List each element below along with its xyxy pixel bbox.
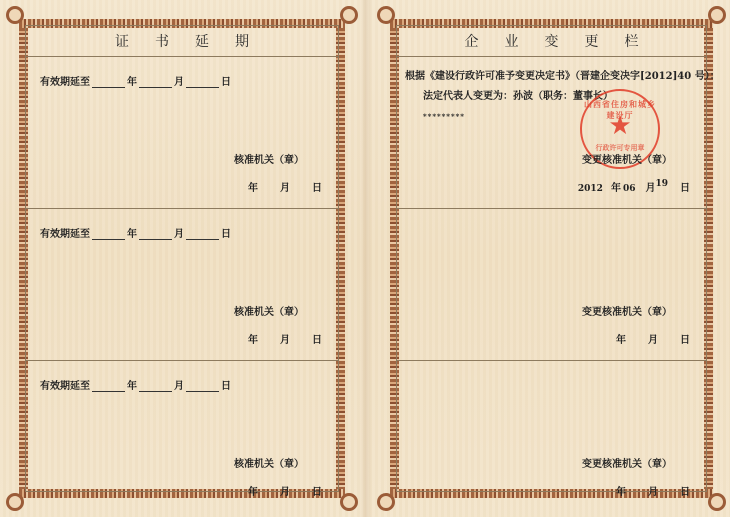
renewal-header: 证书延期 (26, 26, 338, 57)
day-blank (186, 76, 219, 88)
year-unit: 年 (127, 225, 137, 240)
year-blank (92, 76, 125, 88)
change-entry: 变更核准机关（章） 年 月 日 (397, 361, 706, 512)
seal-issuer-text: 山西省住房和城乡建设厅 (582, 99, 658, 121)
date-day-unit: 日 (680, 331, 690, 346)
date-month-unit: 月 (648, 483, 658, 498)
date-year-unit: 年 (248, 331, 258, 346)
corner-ornament-icon (340, 6, 358, 24)
date-month-value: 06 (623, 184, 636, 194)
renewal-entry: 有效期延至 年 月 日 核准机关（章） 年 月 日 (26, 57, 338, 209)
date-day-value: 19 (655, 179, 668, 189)
approval-authority-label: 核准机关（章） (234, 455, 304, 470)
valid-until-label: 有效期延至 (40, 225, 90, 240)
date-year-unit: 年 (616, 483, 626, 498)
date-year-unit: 年 (611, 179, 621, 194)
month-blank (139, 380, 172, 392)
date-month-unit: 月 (280, 179, 290, 194)
date-day-unit: 日 (312, 179, 322, 194)
valid-until-line: 有效期延至 年 月 日 (40, 377, 231, 392)
day-unit: 日 (221, 225, 231, 240)
month-blank (139, 76, 172, 88)
date-year-unit: 年 (248, 179, 258, 194)
change-date: 2012 年 06 月 19 日 (578, 179, 690, 194)
change-authority-label: 变更核准机关（章） (582, 303, 672, 318)
renewal-table: 证书延期 有效期延至 年 月 日 核准机关（章） 年 月 日 (25, 25, 339, 492)
valid-until-line: 有效期延至 年 月 日 (40, 225, 231, 240)
approval-authority-label: 核准机关（章） (234, 303, 304, 318)
change-entry: 根据《建设行政许可准予变更决定书》（晋建企变决字[2012]40 号）： 法定代… (397, 57, 706, 209)
change-detail: 法定代表人变更为：孙波（职务：董事长） (405, 87, 720, 107)
date-day-unit: 日 (680, 483, 690, 498)
approval-date: 年 月 日 (248, 179, 322, 194)
change-description: 根据《建设行政许可准予变更决定书》（晋建企变决字[2012]40 号）： 法定代… (405, 67, 720, 127)
date-day-unit: 日 (312, 483, 322, 498)
month-unit: 月 (174, 225, 184, 240)
date-month-unit: 月 (280, 331, 290, 346)
valid-until-line: 有效期延至 年 月 日 (40, 73, 231, 88)
date-year-unit: 年 (248, 483, 258, 498)
change-authority-label: 变更核准机关（章） (582, 455, 672, 470)
page-title: 企业变更栏 (439, 31, 665, 51)
renewal-entry: 有效期延至 年 月 日 核准机关（章） 年 月 日 (26, 209, 338, 361)
date-year-unit: 年 (616, 331, 626, 346)
valid-until-label: 有效期延至 (40, 377, 90, 392)
corner-ornament-icon (6, 493, 24, 511)
change-basis: 根据《建设行政许可准予变更决定书》（晋建企变决字[2012]40 号）： (405, 67, 720, 87)
corner-ornament-icon (708, 493, 726, 511)
corner-ornament-icon (377, 493, 395, 511)
date-day-unit: 日 (312, 331, 322, 346)
day-unit: 日 (221, 73, 231, 88)
day-unit: 日 (221, 377, 231, 392)
page-title: 证书延期 (89, 31, 275, 51)
change-authority-label: 变更核准机关（章） (582, 151, 672, 166)
corner-ornament-icon (6, 6, 24, 24)
change-table: 企业变更栏 根据《建设行政许可准予变更决定书》（晋建企变决字[2012]40 号… (396, 25, 707, 492)
year-unit: 年 (127, 377, 137, 392)
approval-date: 年 月 日 (248, 331, 322, 346)
date-month-unit: 月 (645, 179, 655, 194)
corner-ornament-icon (340, 493, 358, 511)
change-entry: 变更核准机关（章） 年 月 日 (397, 209, 706, 361)
month-unit: 月 (174, 73, 184, 88)
valid-until-label: 有效期延至 (40, 73, 90, 88)
end-marker: ********* (405, 107, 720, 127)
corner-ornament-icon (377, 6, 395, 24)
certificate-spread: 证书延期 有效期延至 年 月 日 核准机关（章） 年 月 日 (0, 0, 730, 517)
approval-date: 年 月 日 (248, 483, 322, 498)
year-blank (92, 380, 125, 392)
approval-authority-label: 核准机关（章） (234, 151, 304, 166)
change-header: 企业变更栏 (397, 26, 706, 57)
certificate-renewal-page: 证书延期 有效期延至 年 月 日 核准机关（章） 年 月 日 (10, 10, 354, 507)
month-unit: 月 (174, 377, 184, 392)
day-blank (186, 228, 219, 240)
year-unit: 年 (127, 73, 137, 88)
year-blank (92, 228, 125, 240)
date-year-value: 2012 (578, 184, 603, 194)
day-blank (186, 380, 219, 392)
date-month-unit: 月 (280, 483, 290, 498)
renewal-entry: 有效期延至 年 月 日 核准机关（章） 年 月 日 (26, 361, 338, 512)
corner-ornament-icon (708, 6, 726, 24)
date-month-unit: 月 (648, 331, 658, 346)
change-date: 年 月 日 (616, 331, 690, 346)
month-blank (139, 228, 172, 240)
change-date: 年 月 日 (616, 483, 690, 498)
book-gutter (360, 0, 372, 517)
date-day-unit: 日 (680, 179, 690, 194)
enterprise-change-page: 企业变更栏 根据《建设行政许可准予变更决定书》（晋建企变决字[2012]40 号… (381, 10, 722, 507)
